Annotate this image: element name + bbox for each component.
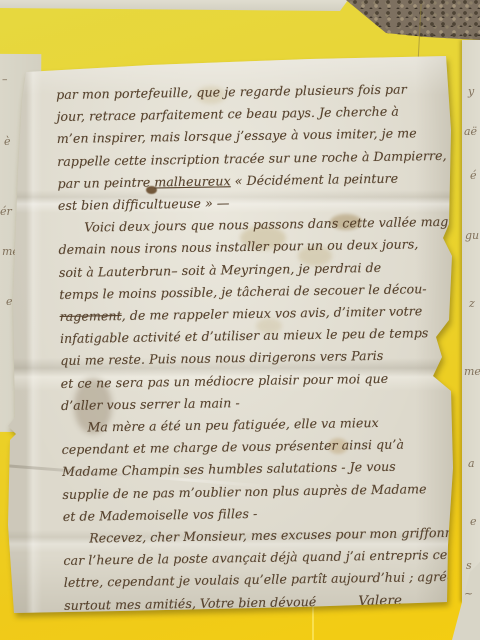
line-text: par un peintre [57,174,154,191]
letter-text: par mon portefeuille, que je regarde plu… [56,78,458,617]
letter-sheet-shadow: par mon portefeuille, que je regarde plu… [0,0,480,640]
signature: Valere [358,592,402,609]
letter-photo: – è ér me e y aë é gu z me a e s ~ par m… [0,0,480,640]
underlined-word: malheureux [154,173,231,189]
letter-sheet: par mon portefeuille, que je regarde plu… [0,0,480,640]
line-text: surtout mes amitiés, Votre bien dévoué [64,594,316,613]
line-text: « Décidément la peinture [231,170,399,188]
struck-word: ragement [60,308,122,324]
line-text: , de me rappeler mieux vos avis, d’imite… [122,303,423,323]
letter-line: surtout mes amitiés, Votre bien dévouéVa… [64,588,458,616]
